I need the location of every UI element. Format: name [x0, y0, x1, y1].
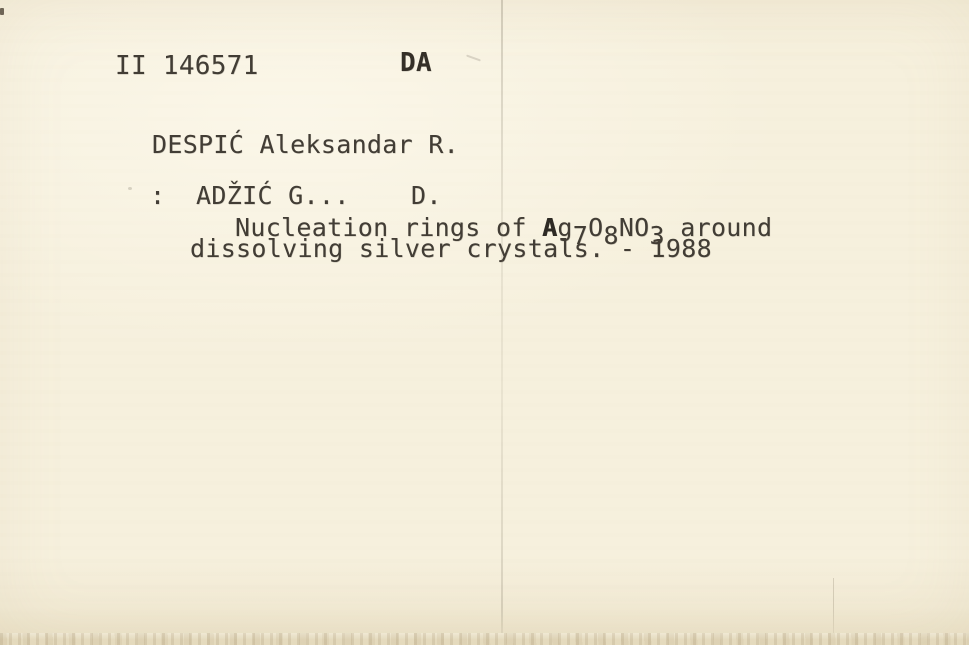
scan-speck: [0, 8, 4, 15]
card-crease-line: [501, 0, 503, 645]
reference-line: : ADŽIĆ G... D.: [150, 183, 442, 208]
title-line-2: dissolving silver crystals. - 1988: [190, 236, 712, 261]
library-catalog-card: II 146571 DA DESPIĆ Aleksandar R. : ADŽI…: [0, 0, 969, 645]
card-bottom-shading: [0, 607, 969, 633]
scan-smudge: [128, 187, 132, 190]
author-heading: DESPIĆ Aleksandar R.: [152, 132, 459, 157]
scan-smudge: [466, 54, 481, 61]
card-bottom-edge: [0, 633, 969, 645]
call-number: II 146571: [115, 53, 259, 79]
section-code: DA: [400, 50, 432, 76]
